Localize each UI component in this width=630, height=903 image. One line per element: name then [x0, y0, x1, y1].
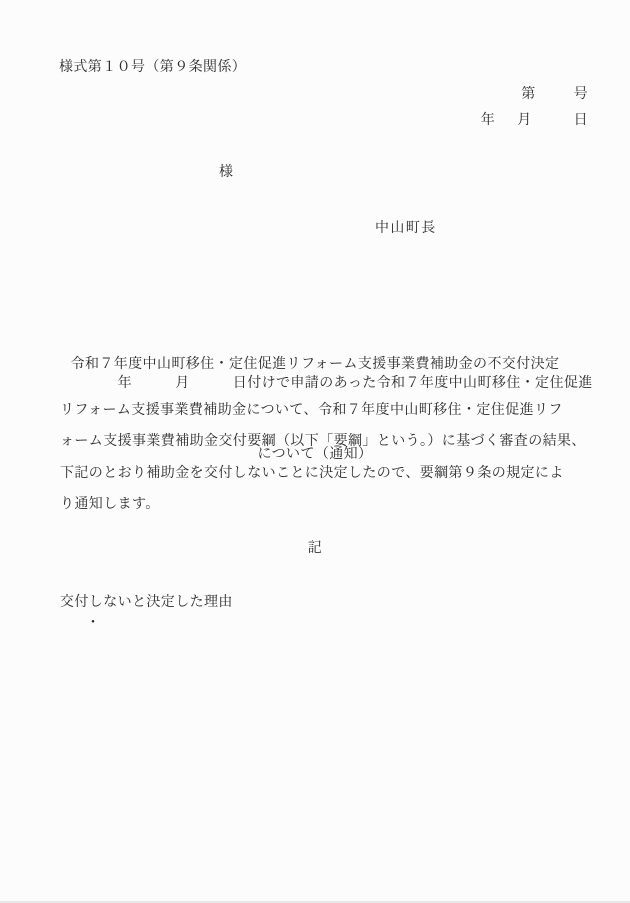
date-line: 年 月 日: [481, 113, 588, 129]
body-paragraph-line: リフォーム支援事業費補助金について、令和７年度中山町移住・定住促進リフ: [60, 403, 600, 419]
addressee-honorific: 様: [219, 165, 233, 181]
ki-marker: 記: [0, 541, 630, 557]
form-number-label: 様式第１０号（第９条関係）: [59, 60, 246, 76]
date-month-label: 月: [517, 113, 531, 129]
body-paragraph-line: ォーム支援事業費補助金交付要綱（以下「要綱」という。）に基づく審査の結果、: [60, 434, 600, 450]
date-year-label: 年: [481, 113, 495, 129]
body-paragraph-line: 下記のとおり補助金を交付しないことに決定したので、要綱第９条の規定によ: [60, 466, 600, 482]
doc-number-suffix-label: 号: [574, 87, 588, 103]
document-page: 様式第１０号（第９条関係） 第 号 年 月 日 様 中山町長 令和７年度中山町移…: [0, 0, 630, 903]
body-paragraph-line: り通知します。: [60, 497, 600, 513]
doc-number-prefix-label: 第: [521, 87, 535, 103]
sender-name: 中山町長: [375, 221, 437, 237]
reason-heading: 交付しないと決定した理由: [60, 595, 233, 611]
doc-number-line: 第 号: [521, 87, 588, 103]
body-paragraph-line: 年 月 日付けで申請のあった令和７年度中山町移住・定住促進: [60, 376, 600, 392]
reason-bullet: ・: [86, 616, 100, 632]
date-day-label: 日: [574, 113, 588, 129]
